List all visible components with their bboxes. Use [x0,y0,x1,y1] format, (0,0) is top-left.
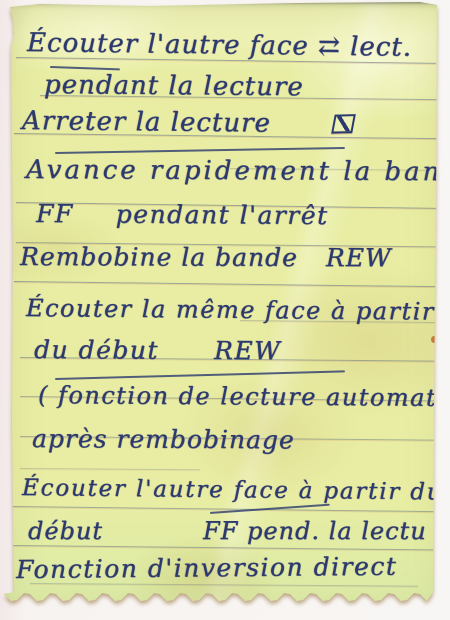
handwritten-line: ( fonction de lecture automat [38,383,437,410]
paper-surface: Écouter l'autre face ⇄ lect. pendant la … [0,0,450,620]
paper-top-edge [0,0,450,5]
handwritten-line: Écouter l'autre face à partir du [22,477,444,504]
note-paper: Écouter l'autre face ⇄ lect. pendant la … [0,0,450,620]
ruled-line [14,281,440,287]
ruled-line [30,583,418,587]
stain-dot [431,336,437,343]
handwritten-line: Arreter la lecture [22,108,354,137]
stain-dot [6,214,9,218]
handwritten-line: du débutREW [34,337,281,363]
ruled-line [12,545,440,550]
handwritten-line: Écouter l'autre face ⇄ lect. [27,30,412,61]
handwritten-line: débutFF pend. la lectu [28,519,427,543]
handwritten-line: après rembobinage [32,426,295,452]
handwritten-line: FFpendant l'arrêt [36,201,329,228]
pen-stroke [55,147,345,154]
handwritten-line: Rembobine la bandeREW [20,244,392,270]
ruled-line [20,468,200,470]
pen-stroke [55,370,345,380]
handwritten-line: pendant la lecture [44,72,304,100]
handwritten-line: Écouter la même face à partir [26,296,435,324]
scanned-note: Écouter l'autre face ⇄ lect. pendant la … [0,0,450,620]
stop-square-icon [331,114,356,133]
handwritten-line: Fonction d'inversion direct [16,554,398,582]
handwritten-line: Avance rapidement la bande [26,157,450,185]
